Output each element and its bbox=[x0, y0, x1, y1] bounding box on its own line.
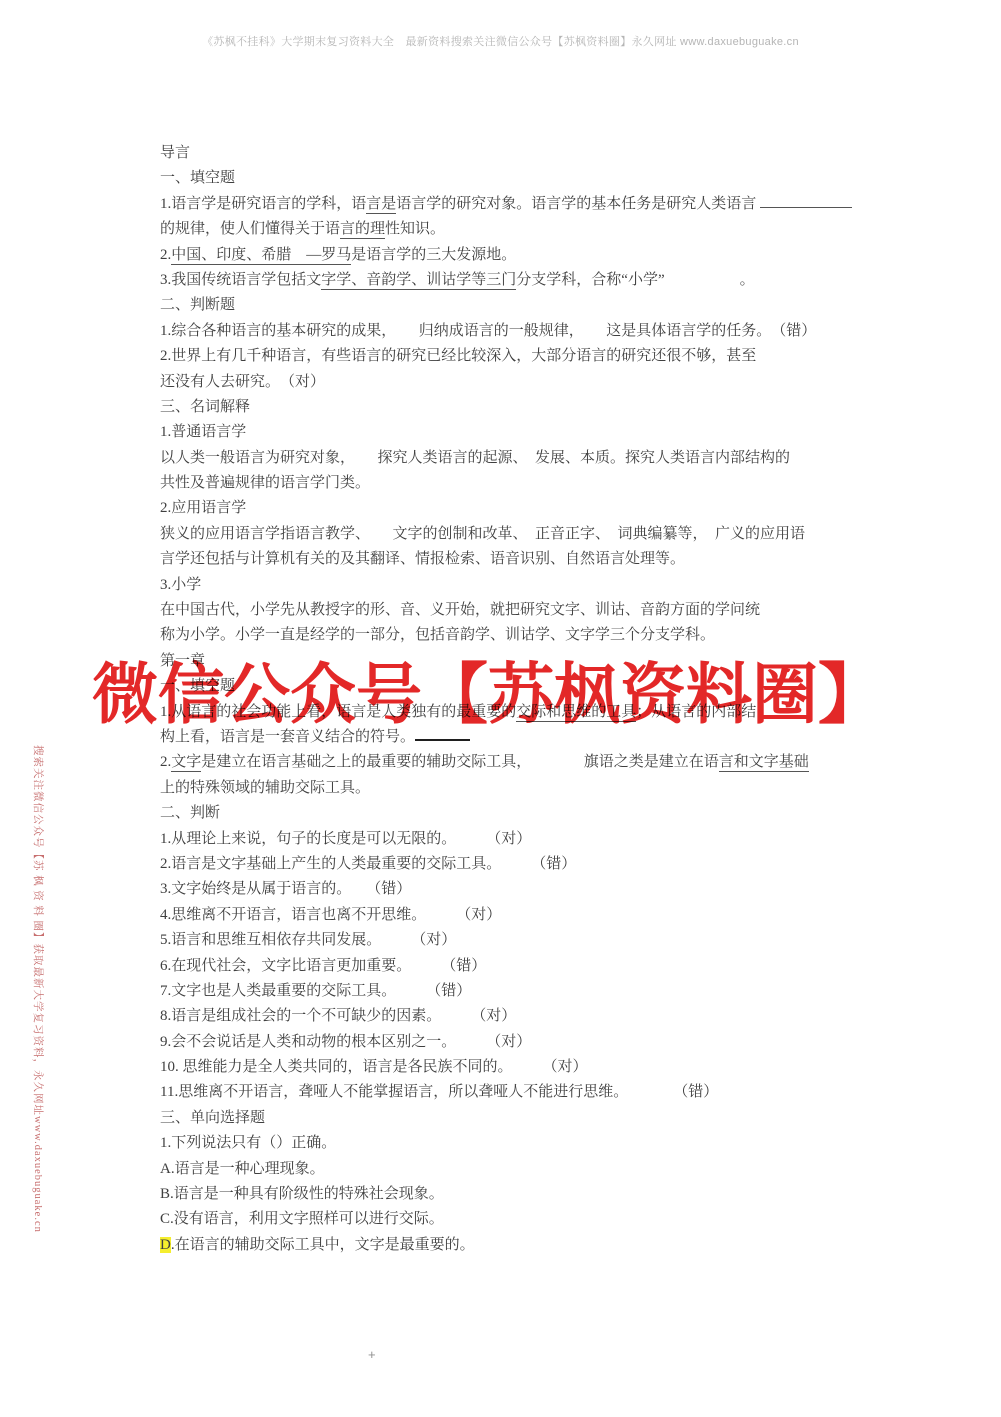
document-line: 1.语言学是研究语言的学科，语言是语言学的研究对象。语言学的基本任务是研究人类语… bbox=[160, 192, 852, 217]
document-line: 二、判断 bbox=[160, 801, 852, 826]
document-line: 6.在现代社会，文字比语言更加重要。 （错） bbox=[160, 954, 852, 979]
document-line: 1.从理论上来说，句子的长度是可以无限的。 （对） bbox=[160, 827, 852, 852]
fill-in-blank bbox=[760, 194, 852, 208]
document-line: A.语言是一种心理现象。 bbox=[160, 1157, 852, 1182]
document-line: 三、名词解释 bbox=[160, 395, 852, 420]
document-line: 共性及普遍规律的语言学门类。 bbox=[160, 471, 852, 496]
document-line: 上的特殊领域的辅助交际工具。 bbox=[160, 776, 852, 801]
document-line: 2.文字是建立在语言基础之上的最重要的辅助交际工具， 旗语之类是建立在语言和文字… bbox=[160, 750, 852, 775]
document-line: 1.综合各种语言的基本研究的成果， 归纳成语言的一般规律， 这是具体语言学的任务… bbox=[160, 319, 852, 344]
answer-highlight: D bbox=[160, 1237, 171, 1253]
document-line: 5.语言和思维互相依存共同发展。 （对） bbox=[160, 928, 852, 953]
document-line: 2.应用语言学 bbox=[160, 496, 852, 521]
document-line: 3.我国传统语言学包括文字学、音韵学、训诂学等三门分支学科，合称“小学” 。 bbox=[160, 268, 852, 293]
document-line: 11.思维离不开语言，聋哑人不能掌握语言，所以聋哑人不能进行思维。 （错） bbox=[160, 1080, 852, 1105]
document-line: 二、判断题 bbox=[160, 293, 852, 318]
document-line: 1.普通语言学 bbox=[160, 420, 852, 445]
document-line: 一、填空题 bbox=[160, 166, 852, 191]
document-line: 导言 bbox=[160, 141, 852, 166]
document-line: 狭义的应用语言学指语言教学、 文字的创制和改革、 正音正字、 词典编纂等， 广义… bbox=[160, 522, 852, 547]
document-line: B.语言是一种具有阶级性的特殊社会现象。 bbox=[160, 1182, 852, 1207]
document-line: D.在语言的辅助交际工具中，文字是最重要的。 bbox=[160, 1233, 852, 1258]
document-line: 2.语言是文字基础上产生的人类最重要的交际工具。 （错） bbox=[160, 852, 852, 877]
document-line: 3.文字始终是从属于语言的。 （错） bbox=[160, 877, 852, 902]
document-page: 《苏枫不挂科》大学期末复习资料大全 最新资料搜索关注微信公众号【苏枫资料圈】永久… bbox=[0, 0, 1001, 1417]
document-line: 的规律，使人们懂得关于语言的理性知识。 bbox=[160, 217, 852, 242]
document-line: 7.文字也是人类最重要的交际工具。 （错） bbox=[160, 979, 852, 1004]
page-number-mark: + bbox=[368, 1347, 376, 1362]
document-line: 称为小学。小学一直是经学的一部分，包括音韵学、训诂学、文字学三个分支学科。 bbox=[160, 623, 852, 648]
document-line: 在中国古代，小学先从教授字的形、音、义开始，就把研究文字、训诂、音韵方面的学问统 bbox=[160, 598, 852, 623]
document-line: 1.下列说法只有（）正确。 bbox=[160, 1131, 852, 1156]
document-line: 言学还包括与计算机有关的及其翻译、情报检索、语音识别、自然语言处理等。 bbox=[160, 547, 852, 572]
document-line: 4.思维离不开语言，语言也离不开思维。 （对） bbox=[160, 903, 852, 928]
document-line: C.没有语言，利用文字照样可以进行交际。 bbox=[160, 1207, 852, 1232]
document-line: 三、单向选择题 bbox=[160, 1106, 852, 1131]
red-watermark-banner: 微信公众号【苏枫资料圈】 bbox=[92, 660, 884, 732]
document-line: 9.会不会说话是人类和动物的根本区别之一。 （对） bbox=[160, 1030, 852, 1055]
document-line: 还没有人去研究。 （对） bbox=[160, 370, 852, 395]
vertical-watermark: 搜索关注微信公众号【苏 枫 资 料 圈】获取最新大学复习资料，永久网址www.d… bbox=[31, 745, 46, 1233]
document-line: 2.中国、印度、希腊 —罗马是语言学的三大发源地。 bbox=[160, 243, 852, 268]
document-line: 3.小学 bbox=[160, 573, 852, 598]
document-line: 2.世界上有几千种语言，有些语言的研究已经比较深入，大部分语言的研究还很不够，甚… bbox=[160, 344, 852, 369]
document-line: 以人类一般语言为研究对象， 探究人类语言的起源、 发展、本质。探究人类语言内部结… bbox=[160, 446, 852, 471]
document-line: 10. 思维能力是全人类共同的，语言是各民族不同的。 （对） bbox=[160, 1055, 852, 1080]
document-line: 8.语言是组成社会的一个不可缺少的因素。 （对） bbox=[160, 1004, 852, 1029]
header-watermark-text: 《苏枫不挂科》大学期末复习资料大全 最新资料搜索关注微信公众号【苏枫资料圈】永久… bbox=[0, 33, 1001, 49]
